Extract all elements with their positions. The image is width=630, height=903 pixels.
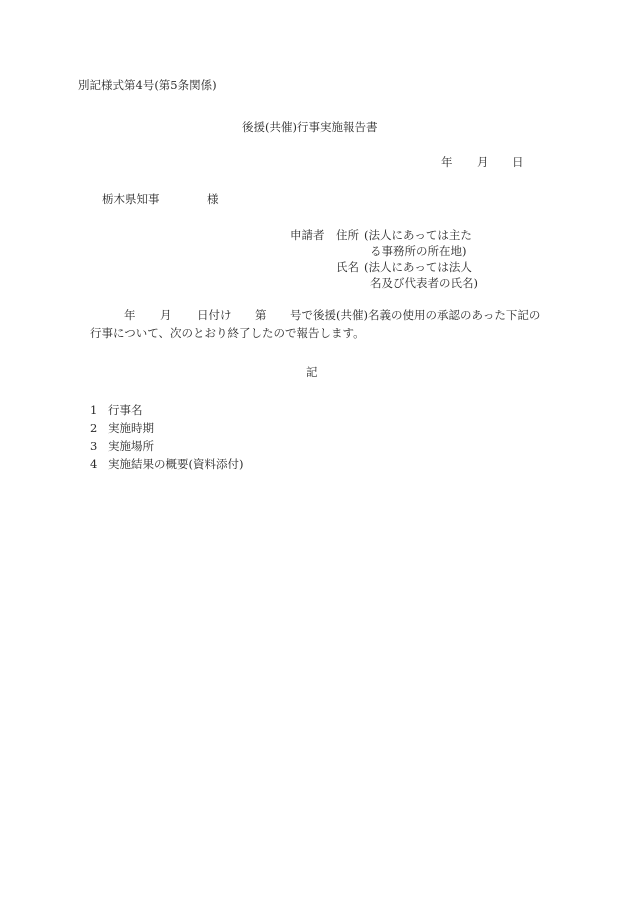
item-label: 行事名 — [108, 405, 143, 417]
item-label: 実施場所 — [108, 441, 154, 453]
ki-heading: 記 — [306, 367, 318, 379]
applicant-label: 申請者 — [290, 230, 325, 242]
item-number: 3 — [90, 441, 97, 453]
body-line2: 行事について、次のとおり終了したので報告します。 — [90, 328, 365, 340]
addressee-name: 栃木県知事 — [102, 194, 160, 206]
address-note-line2: る事務所の所在地) — [370, 246, 467, 258]
body-line1-rest: 号で後援(共催)名義の使用の承認のあった下記の — [290, 310, 540, 322]
name-note-line1: (法人にあっては法人 — [364, 262, 472, 274]
body-year-label: 年 — [124, 310, 136, 322]
date-year-label: 年 — [441, 157, 453, 169]
name-note-line2: 名及び代表者の氏名) — [370, 278, 478, 290]
addressee-honorific: 様 — [207, 194, 219, 206]
item-number: 2 — [90, 423, 97, 435]
item-label: 実施結果の概要(資料添付) — [108, 459, 243, 471]
document-title: 後援(共催)行事実施報告書 — [242, 122, 377, 134]
item-label: 実施時期 — [108, 423, 154, 435]
name-label: 氏名 — [336, 262, 359, 274]
date-day-label: 日 — [512, 157, 524, 169]
body-month-label: 月 — [160, 310, 172, 322]
item-number: 1 — [90, 405, 97, 417]
form-number: 別記様式第4号(第5条関係) — [78, 80, 217, 92]
body-number-prefix: 第 — [255, 310, 267, 322]
address-label: 住所 — [336, 230, 359, 242]
address-note-line1: (法人にあっては主た — [364, 230, 472, 242]
item-number: 4 — [90, 459, 97, 471]
date-month-label: 月 — [477, 157, 489, 169]
body-day-suffix: 日付け — [197, 310, 232, 322]
